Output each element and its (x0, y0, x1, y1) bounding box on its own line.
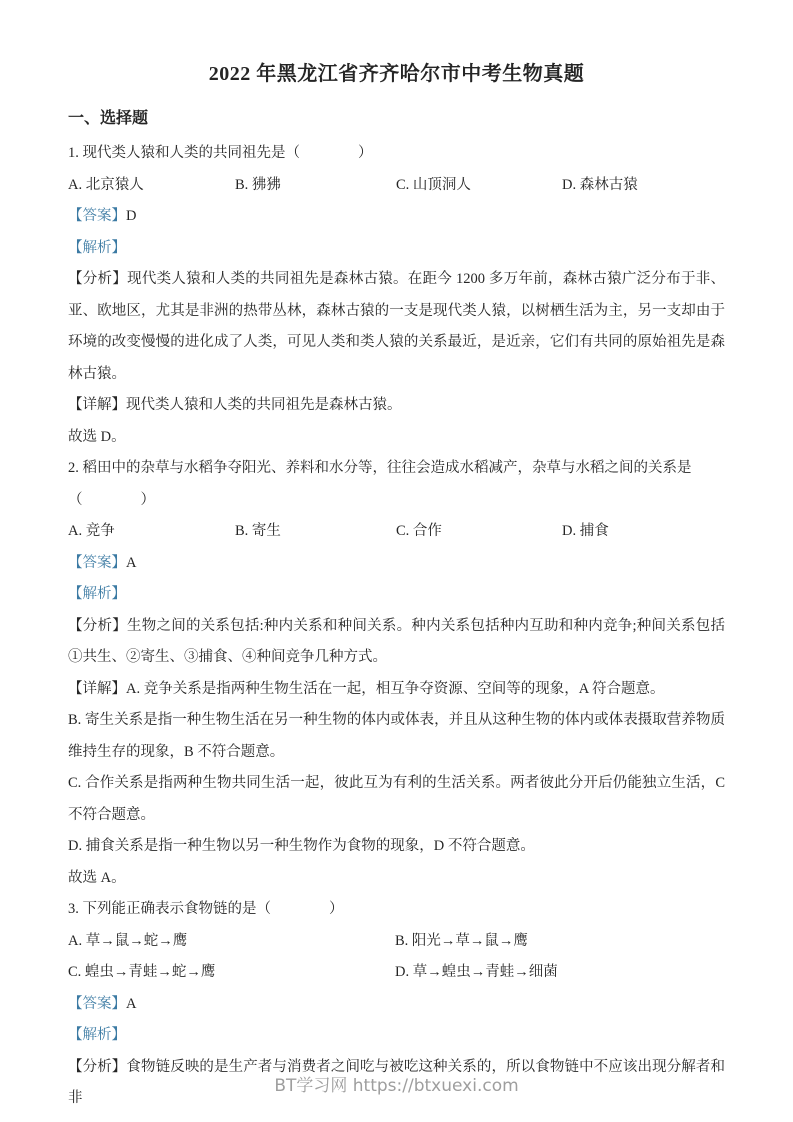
question-1-option-d: D. 森林古猿 (562, 170, 725, 202)
analysis-paragraph: 【分析】生物之间的关系包括:种内关系和种间关系。种内关系包括种内互助和种内竞争;… (68, 611, 725, 674)
question-1-option-a: A. 北京猿人 (68, 170, 235, 202)
detail-paragraph-b: B. 寄生关系是指一种生物生活在另一种生物的体内或体表，并且从这种生物的体内或体… (68, 705, 725, 768)
question-3-option-a: A. 草→鼠→蛇→鹰 (68, 926, 395, 958)
question-3-stem: 3. 下列能正确表示食物链的是（ ） (68, 894, 725, 926)
analysis-paragraph: 【分析】现代类人猿和人类的共同祖先是森林古猿。在距今 1200 多万年前，森林古… (68, 264, 725, 390)
question-1-explanation-line: 【解析】 (68, 233, 725, 265)
question-block-1: 1. 现代类人猿和人类的共同祖先是（ ） A. 北京猿人 B. 狒狒 C. 山顶… (68, 138, 725, 453)
answer-label: 【答案】 (68, 555, 126, 571)
answer-label: 【答案】 (68, 996, 126, 1012)
question-2-option-c: C. 合作 (396, 516, 562, 548)
explanation-label: 【解析】 (68, 1027, 126, 1043)
question-3-option-b: B. 阳光→草→鼠→鹰 (395, 926, 725, 958)
document-page: 2022 年黑龙江省齐齐哈尔市中考生物真题 一、选择题 1. 现代类人猿和人类的… (0, 0, 793, 1122)
question-3-explanation-line: 【解析】 (68, 1020, 725, 1052)
question-1-stem: 1. 现代类人猿和人类的共同祖先是（ ） (68, 138, 725, 170)
section-heading: 一、选择题 (68, 104, 725, 134)
answer-value: A (126, 996, 136, 1012)
question-3-options: A. 草→鼠→蛇→鹰 B. 阳光→草→鼠→鹰 C. 蝗虫→青蛙→蛇→鹰 D. 草… (68, 926, 725, 989)
question-2-explanation-line: 【解析】 (68, 579, 725, 611)
conclusion-paragraph: 故选 D。 (68, 422, 725, 454)
question-1-options: A. 北京猿人 B. 狒狒 C. 山顶洞人 D. 森林古猿 (68, 170, 725, 202)
watermark-text: BT学习网 https://btxuexi.com (274, 1076, 518, 1096)
detail-paragraph: 【详解】现代类人猿和人类的共同祖先是森林古猿。 (68, 390, 725, 422)
conclusion-paragraph: 故选 A。 (68, 863, 725, 895)
question-2-stem: 2. 稻田中的杂草与水稻争夺阳光、养料和水分等，往往会造成水稻减产，杂草与水稻之… (68, 453, 725, 516)
question-3-answer-line: 【答案】A (68, 989, 725, 1021)
question-2-answer-line: 【答案】A (68, 548, 725, 580)
question-2-option-a: A. 竞争 (68, 516, 235, 548)
watermark-footer: BT学习网 https://btxuexi.com (0, 1071, 793, 1096)
question-1-option-b: B. 狒狒 (235, 170, 396, 202)
detail-paragraph-c: C. 合作关系是指两种生物共同生活一起，彼此互为有利的生活关系。两者彼此分开后仍… (68, 768, 725, 831)
question-1-option-c: C. 山顶洞人 (396, 170, 562, 202)
detail-paragraph-a: 【详解】A. 竞争关系是指两种生物生活在一起，相互争夺资源、空间等的现象，A 符… (68, 674, 725, 706)
answer-label: 【答案】 (68, 208, 126, 224)
document-content: 2022 年黑龙江省齐齐哈尔市中考生物真题 一、选择题 1. 现代类人猿和人类的… (0, 0, 793, 1115)
question-2-options: A. 竞争 B. 寄生 C. 合作 D. 捕食 (68, 516, 725, 548)
question-2-option-d: D. 捕食 (562, 516, 725, 548)
answer-value: D (126, 208, 136, 224)
answer-value: A (126, 555, 136, 571)
explanation-label: 【解析】 (68, 586, 126, 602)
question-block-2: 2. 稻田中的杂草与水稻争夺阳光、养料和水分等，往往会造成水稻减产，杂草与水稻之… (68, 453, 725, 894)
question-3-option-c: C. 蝗虫→青蛙→蛇→鹰 (68, 957, 395, 989)
explanation-label: 【解析】 (68, 240, 126, 256)
question-3-option-d: D. 草→蝗虫→青蛙→细菌 (395, 957, 725, 989)
detail-paragraph-d: D. 捕食关系是指一种生物以另一种生物作为食物的现象，D 不符合题意。 (68, 831, 725, 863)
question-1-answer-line: 【答案】D (68, 201, 725, 233)
document-title: 2022 年黑龙江省齐齐哈尔市中考生物真题 (68, 60, 725, 88)
question-2-option-b: B. 寄生 (235, 516, 396, 548)
